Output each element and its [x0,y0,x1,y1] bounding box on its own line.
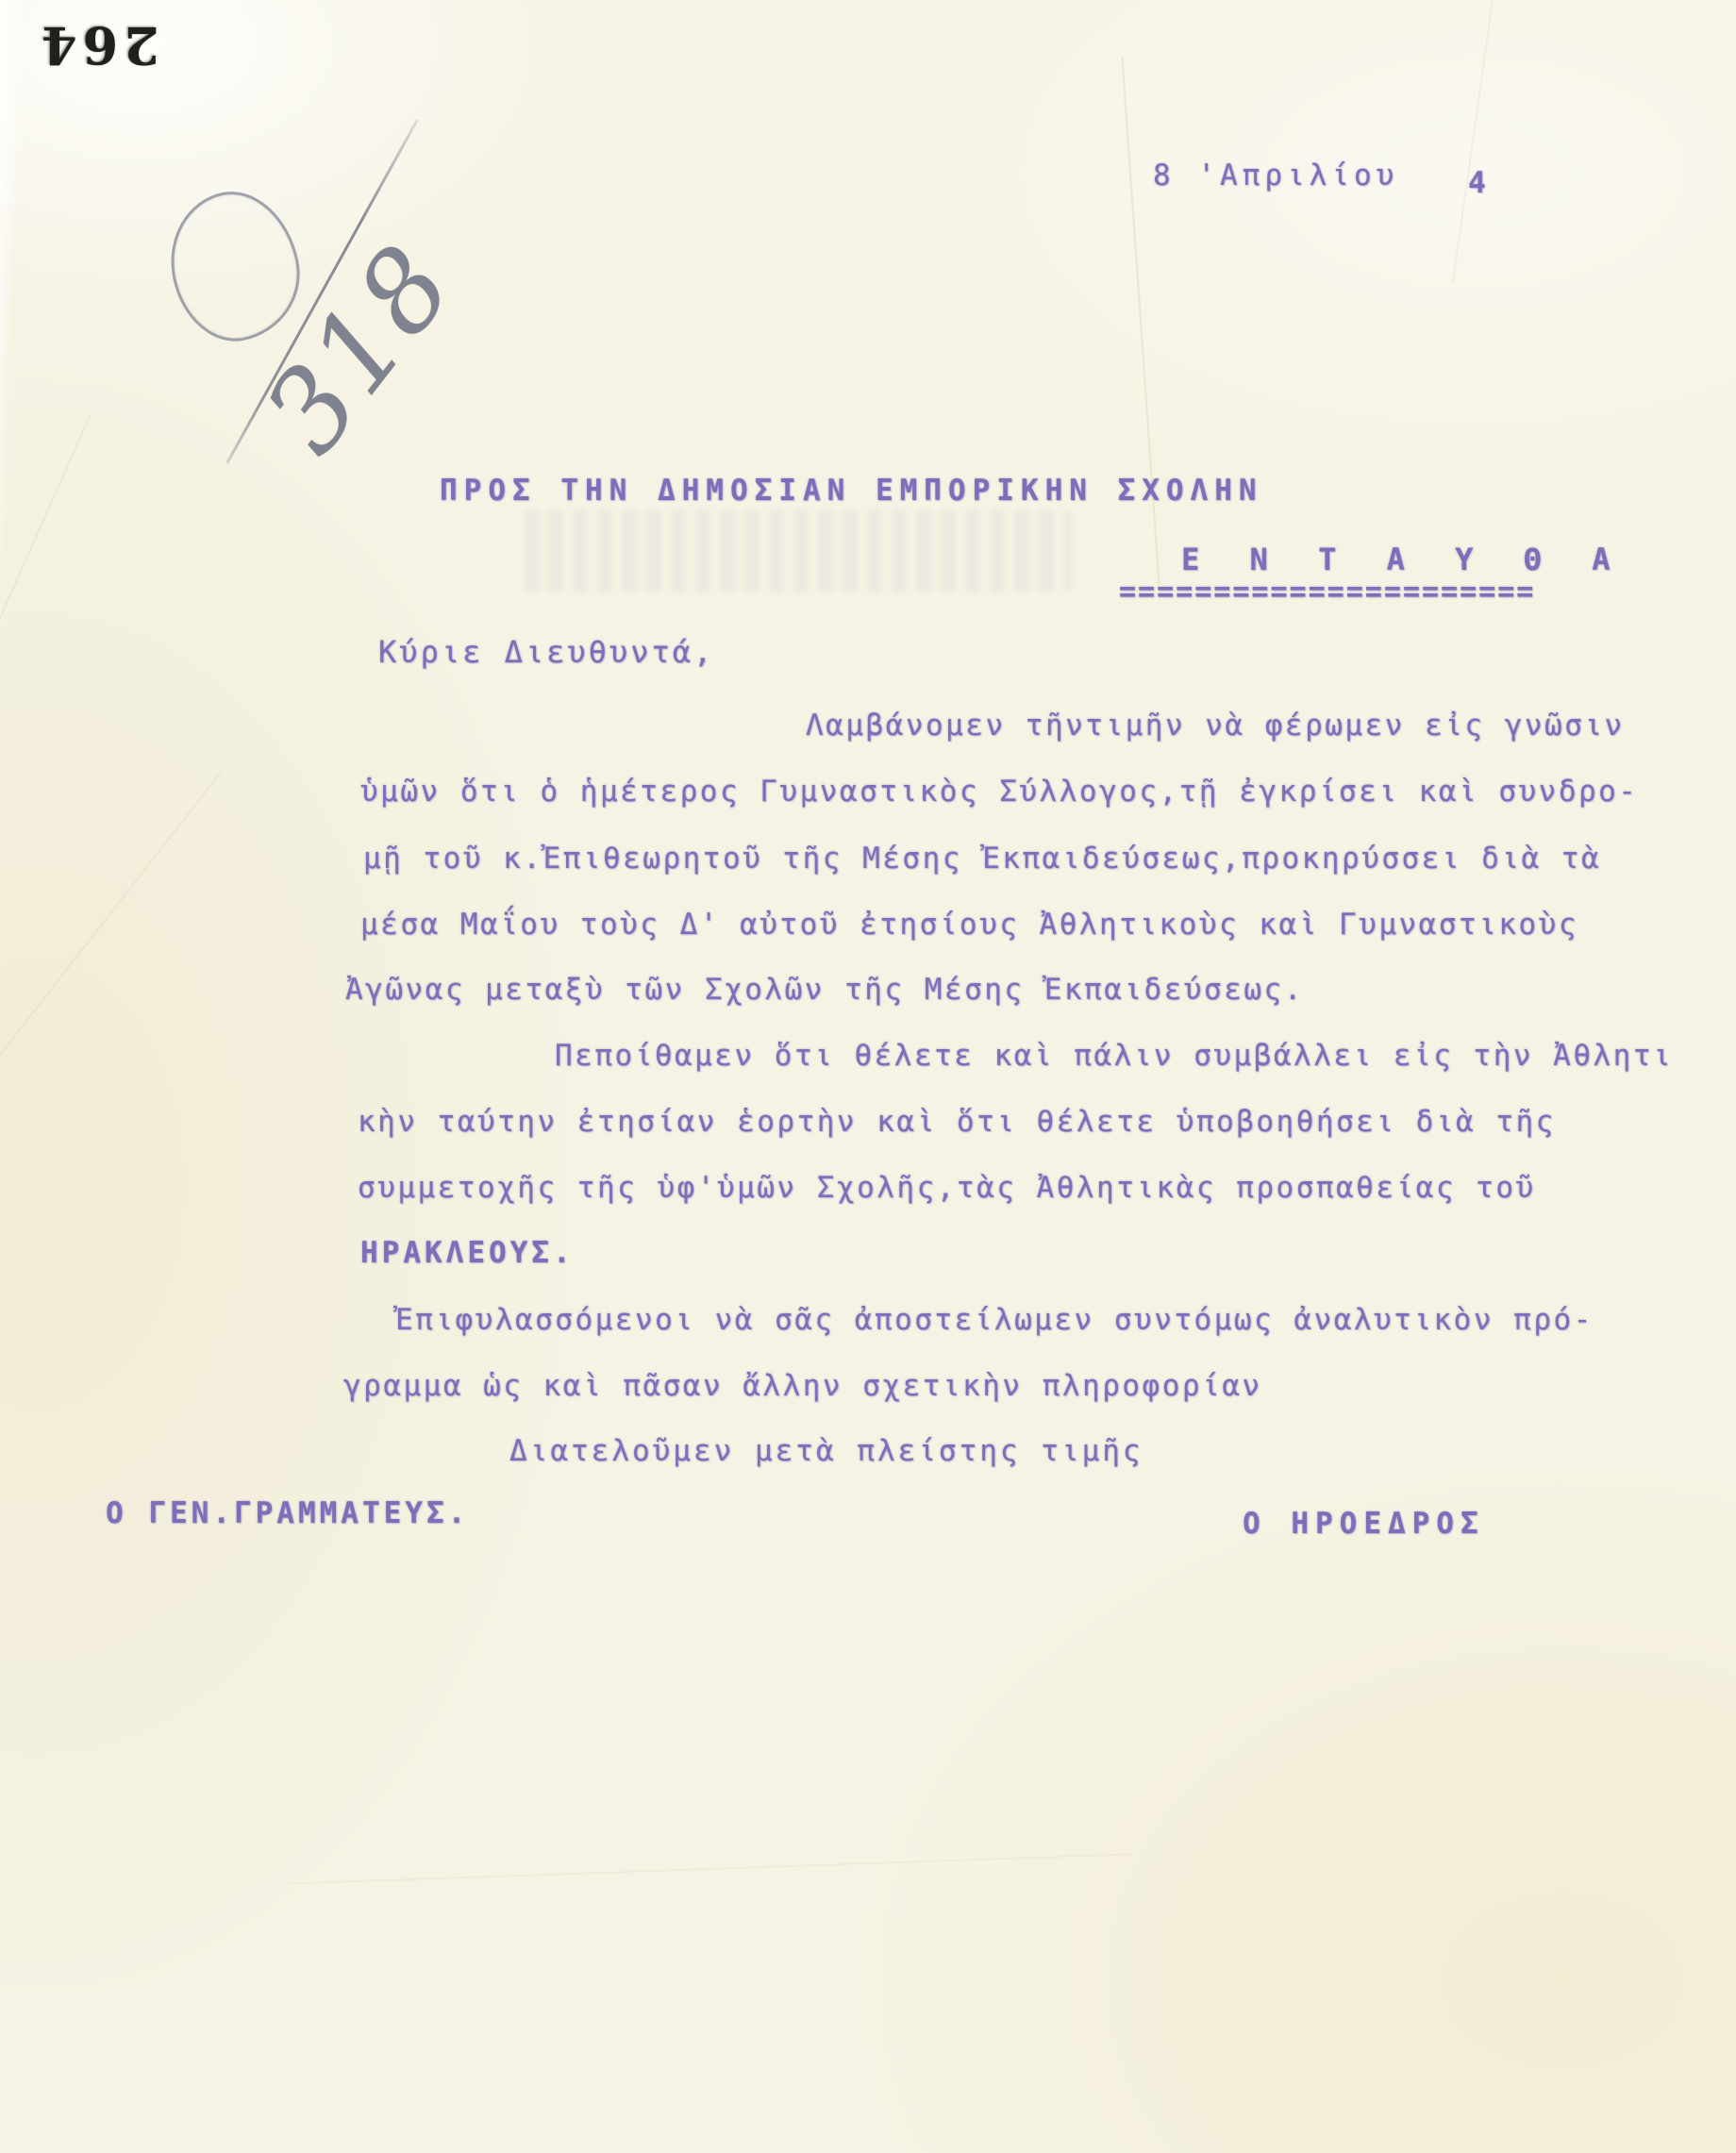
body-line: συμμετοχῆς τῆς ὑφ'ὑμῶν Σχολῆς,τὰς Ἀθλητι… [358,1171,1536,1205]
body-line: Ἐπιφυλασσόμενοι νὰ σᾶς ἀποστείλωμεν συντ… [395,1303,1594,1337]
location-word: Ε Ν Τ Α Υ Θ Α [1181,542,1626,577]
ink-ghost-smudge [525,509,1072,592]
body-line: Ἀγῶνας μεταξὺ τῶν Σχολῶν τῆς Μέσης Ἐκπαι… [345,973,1304,1007]
body-line: κὴν ταύτην ἐτησίαν ἑορτὴν καὶ ὅτι θέλετε… [358,1105,1556,1139]
closing-formula: Διατελοῦμεν μετὰ πλείστης τιμῆς [509,1434,1143,1468]
body-line: Πεποίθαμεν ὅτι θέλετε καὶ πάλιν συμβάλλε… [555,1039,1673,1073]
recipient-heading: ΠΡΟΣ ΤΗΝ ΔΗΜΟΣΙΑΝ ΕΜΠΟΡΙΚΗΝ ΣΧΟΛΗΝ [440,474,1263,508]
letter-page: 264 8 'Απριλίου 4 318 ΠΡΟΣ ΤΗΝ ΔΗΜΟΣΙΑΝ … [0,0,1736,2153]
body-line: μέσα Μαΐου τοὺς Δ' αὐτοῦ ἐτησίους Ἀθλητι… [360,908,1578,942]
paper-crease [283,1853,1132,1884]
date-number: 4 [1468,166,1486,200]
paper-crease [1452,1,1494,281]
body-line: Λαμβάνομεν τῆντιμῆν νὰ φέρωμεν εἰς γνῶσι… [806,709,1625,743]
pencil-circle-mark [158,180,312,352]
location-underline: ====================== [1119,576,1535,609]
body-line: γραμμα ὡς καὶ πᾶσαν ἄλλην σχετικὴν πληρο… [343,1369,1262,1403]
signature-president: Ο ΗΡΟΕΔΡΟΣ [1243,1507,1485,1541]
paper-crease [0,413,92,776]
body-line: μῇ τοῦ κ.Ἐπιθεωρητοῦ τῆς Μέσης Ἐκπαιδεύσ… [363,842,1601,876]
club-name: ΗΡΑΚΛΕΟΥΣ. [360,1236,575,1270]
date-text: 8 'Απριλίου [1153,159,1398,192]
registry-number-stamp: 264 [36,15,159,75]
paper-crease [0,773,221,1191]
salutation: Κύριε Διευθυντά, [378,634,714,670]
signature-secretary: Ο ΓΕΝ.ΓΡΑΜΜΑΤΕΥΣ. [106,1496,469,1530]
body-line: ὑμῶν ὅτι ὁ ἡμέτερος Γυμναστικὸς Σύλλογος… [360,775,1638,809]
